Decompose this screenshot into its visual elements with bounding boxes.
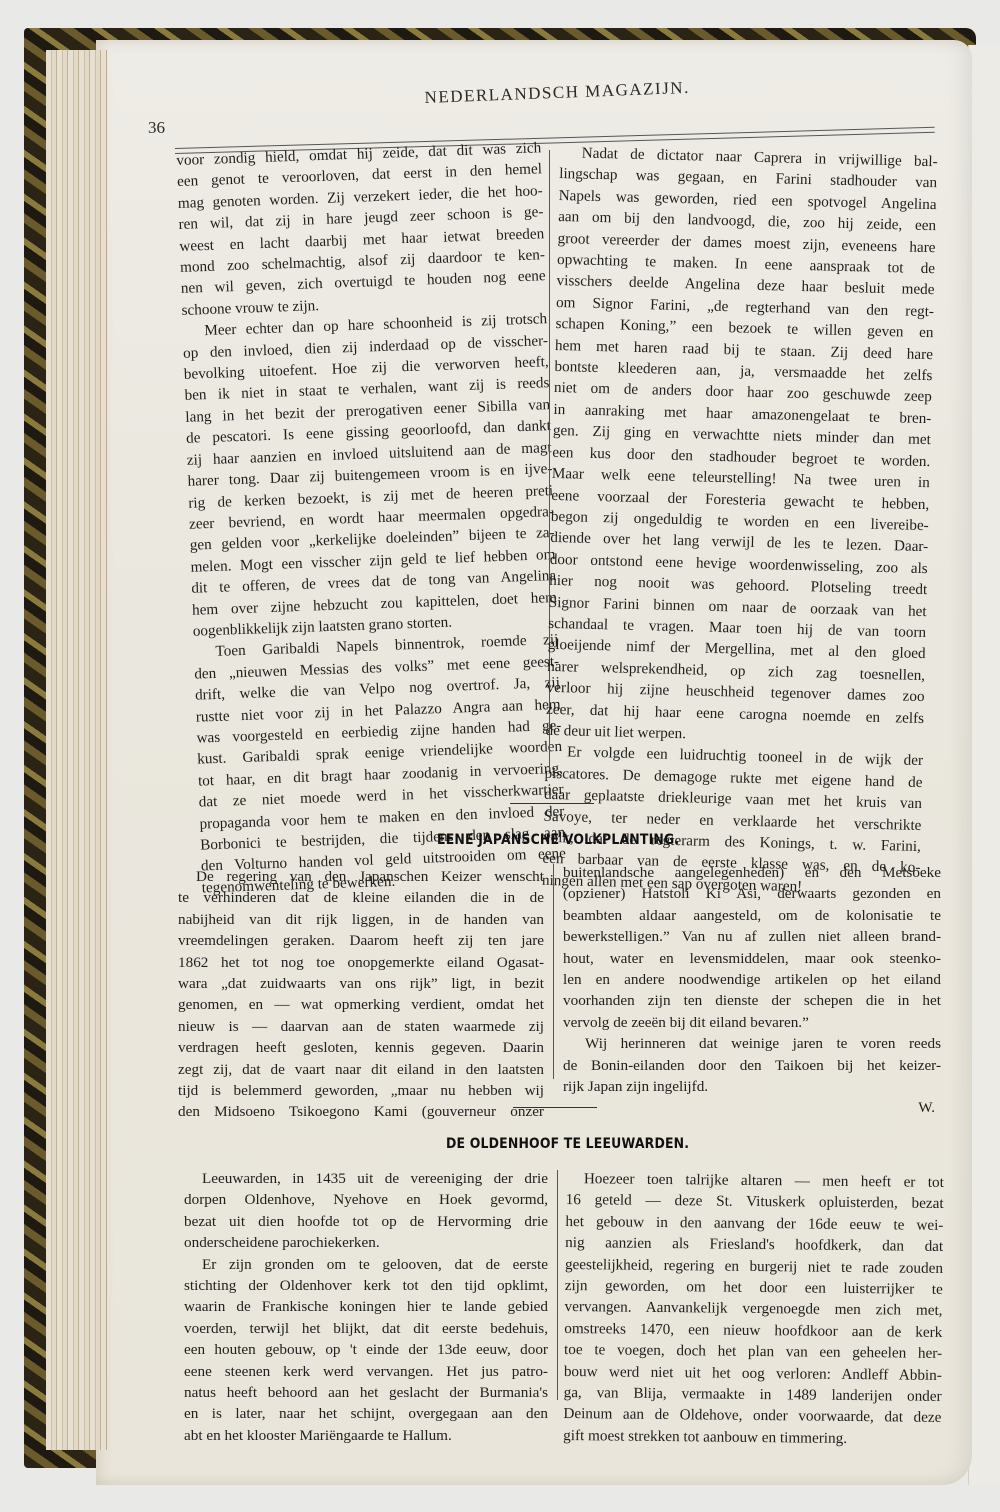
text-line: wara „dat zuidwaarts van ons rijk” ligt,…	[178, 973, 544, 994]
text-line: waarin de Frankische koningen hier te la…	[184, 1296, 548, 1317]
text-line: tijd is belemmerd geworden, „maar nu heb…	[178, 1080, 544, 1101]
facing-page-edge	[968, 45, 1000, 1485]
paragraph: Nadat de dictator naar Caprera in vrijwi…	[545, 142, 938, 750]
text-line: bezat uit dien hoofde tot op de Hervormi…	[184, 1211, 548, 1232]
paragraph: Hoezeer toen talrijke altaren — men heef…	[563, 1168, 944, 1450]
text-line: gift moest strekken tot aanbouw en timme…	[563, 1425, 941, 1450]
page-stack-edges	[46, 50, 107, 1450]
text-line: vreemdelingen geraken. Daarom heeft zij …	[178, 930, 544, 951]
article-heading-japan: EENE JAPANSCHE VOLKPLANTING.	[437, 832, 679, 848]
text-line: natus heeft behoord aan het geslacht der…	[184, 1382, 548, 1403]
text-line: abt en het klooster Mariëngaarde te Hall…	[184, 1425, 548, 1446]
japan-article-right-column: buitenlandsche aangelegenheden) en den M…	[563, 862, 941, 1119]
paragraph: Meer echter dan op hare schoonheid is zi…	[182, 308, 558, 642]
column-divider	[557, 1170, 558, 1400]
paragraph: Toen Garibaldi Napels binnentrok, roemde…	[193, 629, 567, 898]
paragraph: De regering van den Japanschen Keizer we…	[178, 866, 544, 1123]
text-line: Leeuwarden, in 1435 uit de vereeniging d…	[184, 1168, 548, 1189]
author-signature: W.	[563, 1097, 941, 1118]
japan-article-left-column: De regering van den Japanschen Keizer we…	[178, 866, 544, 1123]
text-line: onderscheidene parochiekerken.	[184, 1232, 548, 1253]
text-line: buitenlandsche aangelegenheden) en den M…	[563, 862, 941, 883]
text-line: een houten gebouw, op 't einde der 13de …	[184, 1339, 548, 1360]
text-line: verdragen heeft gesloten, kennis gegeven…	[178, 1037, 544, 1058]
continued-article-right-column: Nadat de dictator naar Caprera in vrijwi…	[542, 142, 938, 900]
column-divider	[553, 864, 554, 1079]
text-line: voerden, terwijl het blijkt, dat dit eer…	[184, 1318, 548, 1339]
text-line: en is later, naar het schijnt, overgegaa…	[184, 1403, 548, 1424]
paragraph: Leeuwarden, in 1435 uit de vereeniging d…	[184, 1168, 548, 1254]
article-heading-oldenhoof: DE OLDENHOOF TE LEEUWARDEN.	[446, 1136, 689, 1152]
paragraph: buitenlandsche aangelegenheden) en den M…	[563, 862, 941, 1033]
continued-article-left-column: voor zondig hield, omdat hij zeide, dat …	[176, 137, 567, 899]
text-line: de Bonin-eilanden door den Taikoen bij h…	[563, 1055, 941, 1076]
oldenhoof-article-left-column: Leeuwarden, in 1435 uit de vereeniging d…	[184, 1168, 548, 1446]
text-line: De regering van den Japanschen Keizer we…	[178, 866, 544, 887]
section-separator-rule	[513, 1107, 597, 1108]
text-line: beambten aldaar aangesteld, om de koloni…	[563, 905, 941, 926]
text-line: Er zijn gronden om te gelooven, dat de e…	[184, 1254, 548, 1275]
text-line: stichting der Oldenhover kerk tot den ti…	[184, 1275, 548, 1296]
text-line: vervolg de zeeën bij dit eiland bevaren.…	[563, 1012, 941, 1033]
text-line: nieuw is — daarvan aan de staten waarmed…	[178, 1016, 544, 1037]
text-line: Wij herinneren dat weinige jaren te vore…	[563, 1033, 941, 1054]
text-line: te verhinderen dat de kleine eilanden di…	[178, 887, 544, 908]
text-line: voorhanden zijn ten dienste der schepen …	[563, 990, 941, 1011]
page-number: 36	[148, 118, 165, 138]
paragraph: Wij herinneren dat weinige jaren te vore…	[563, 1033, 941, 1097]
text-line: dorpen Oldenhove, Nyehove en Hoek gevorm…	[184, 1189, 548, 1210]
text-line: den Midsoeno Tsikoegono Kami (gouverneur…	[178, 1101, 544, 1122]
paragraph: Er zijn gronden om te gelooven, dat de e…	[184, 1254, 548, 1447]
section-separator-rule	[510, 803, 594, 804]
text-line: genomen, en — wat opmerking verdient, om…	[178, 994, 544, 1015]
text-line: hout, water en levensmiddelen, maar ook …	[563, 948, 941, 969]
oldenhoof-article-right-column: Hoezeer toen talrijke altaren — men heef…	[563, 1168, 944, 1450]
text-line: len en andere noodwendige artikelen op h…	[563, 969, 941, 990]
text-line: nabijheid van dit rijk liggen, in de han…	[178, 909, 544, 930]
text-line: zegt zij, dat de vaart naar dit eiland i…	[178, 1059, 544, 1080]
paragraph: voor zondig hield, omdat hij zeide, dat …	[176, 137, 547, 321]
text-line: 1862 het tot nog toe onopgemerkte eiland…	[178, 952, 544, 973]
text-line: bewerkstelligen.” Van nu af zullen niet …	[563, 926, 941, 947]
text-line: eene steenen kerk werd vervangen. Het ju…	[184, 1361, 548, 1382]
text-line: rijk Japan zijn ingelijfd.	[563, 1076, 941, 1097]
text-line: (opziener) Hatstoli Ki Asi, derwaarts ge…	[563, 883, 941, 904]
